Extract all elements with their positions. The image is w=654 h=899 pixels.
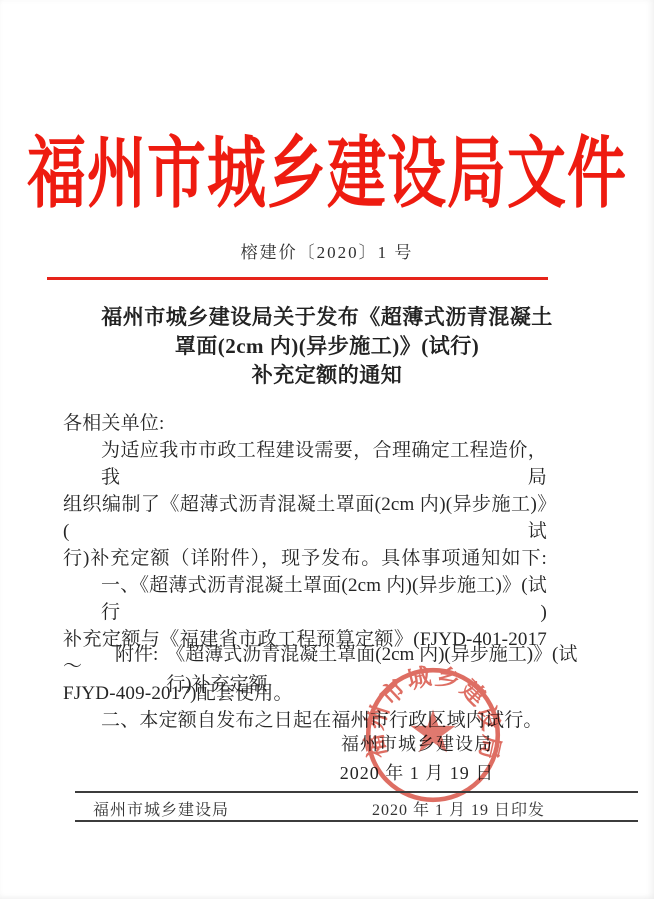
footer-top-rule — [75, 791, 638, 793]
red-divider-line — [47, 277, 548, 280]
footer-issuing-agency: 福州市城乡建设局 — [93, 797, 229, 820]
body-line: 为适应我市市政工程建设需要，合理确定工程造价，我局 — [63, 437, 547, 491]
body-line: 一、《超薄式沥青混凝土罩面(2cm 内)(异步施工)》(试行) — [63, 572, 547, 626]
salutation-line: 各相关单位: — [63, 410, 547, 437]
notice-title-line-3: 补充定额的通知 — [0, 361, 654, 390]
body-line: 行)补充定额（详附件），现予发布。具体事项通知如下: — [63, 545, 547, 572]
notice-title: 福州市城乡建设局关于发布《超薄式沥青混凝土 罩面(2cm 内)(异步施工)》(试… — [0, 303, 654, 390]
footer-bottom-rule — [75, 820, 638, 822]
notice-title-line-2: 罩面(2cm 内)(异步施工)》(试行) — [0, 332, 654, 361]
official-seal: 福州市城乡建设局 — [360, 662, 506, 808]
document-number: 榕建价〔2020〕1 号 — [0, 238, 654, 263]
attachment-label: 附件: — [115, 640, 158, 700]
scanned-document-page: 福州市城乡建设局文件 榕建价〔2020〕1 号 福州市城乡建设局关于发布《超薄式… — [0, 0, 654, 899]
document-masthead-title: 福州市城乡建设局文件 — [0, 110, 654, 222]
body-line: 组织编制了《超薄式沥青混凝土罩面(2cm 内)(异步施工)》(试 — [63, 491, 547, 545]
footer-print-date: 2020 年 1 月 19 日印发 — [372, 797, 545, 820]
notice-title-line-1: 福州市城乡建设局关于发布《超薄式沥青混凝土 — [0, 303, 654, 332]
seal-star-icon — [410, 709, 455, 752]
